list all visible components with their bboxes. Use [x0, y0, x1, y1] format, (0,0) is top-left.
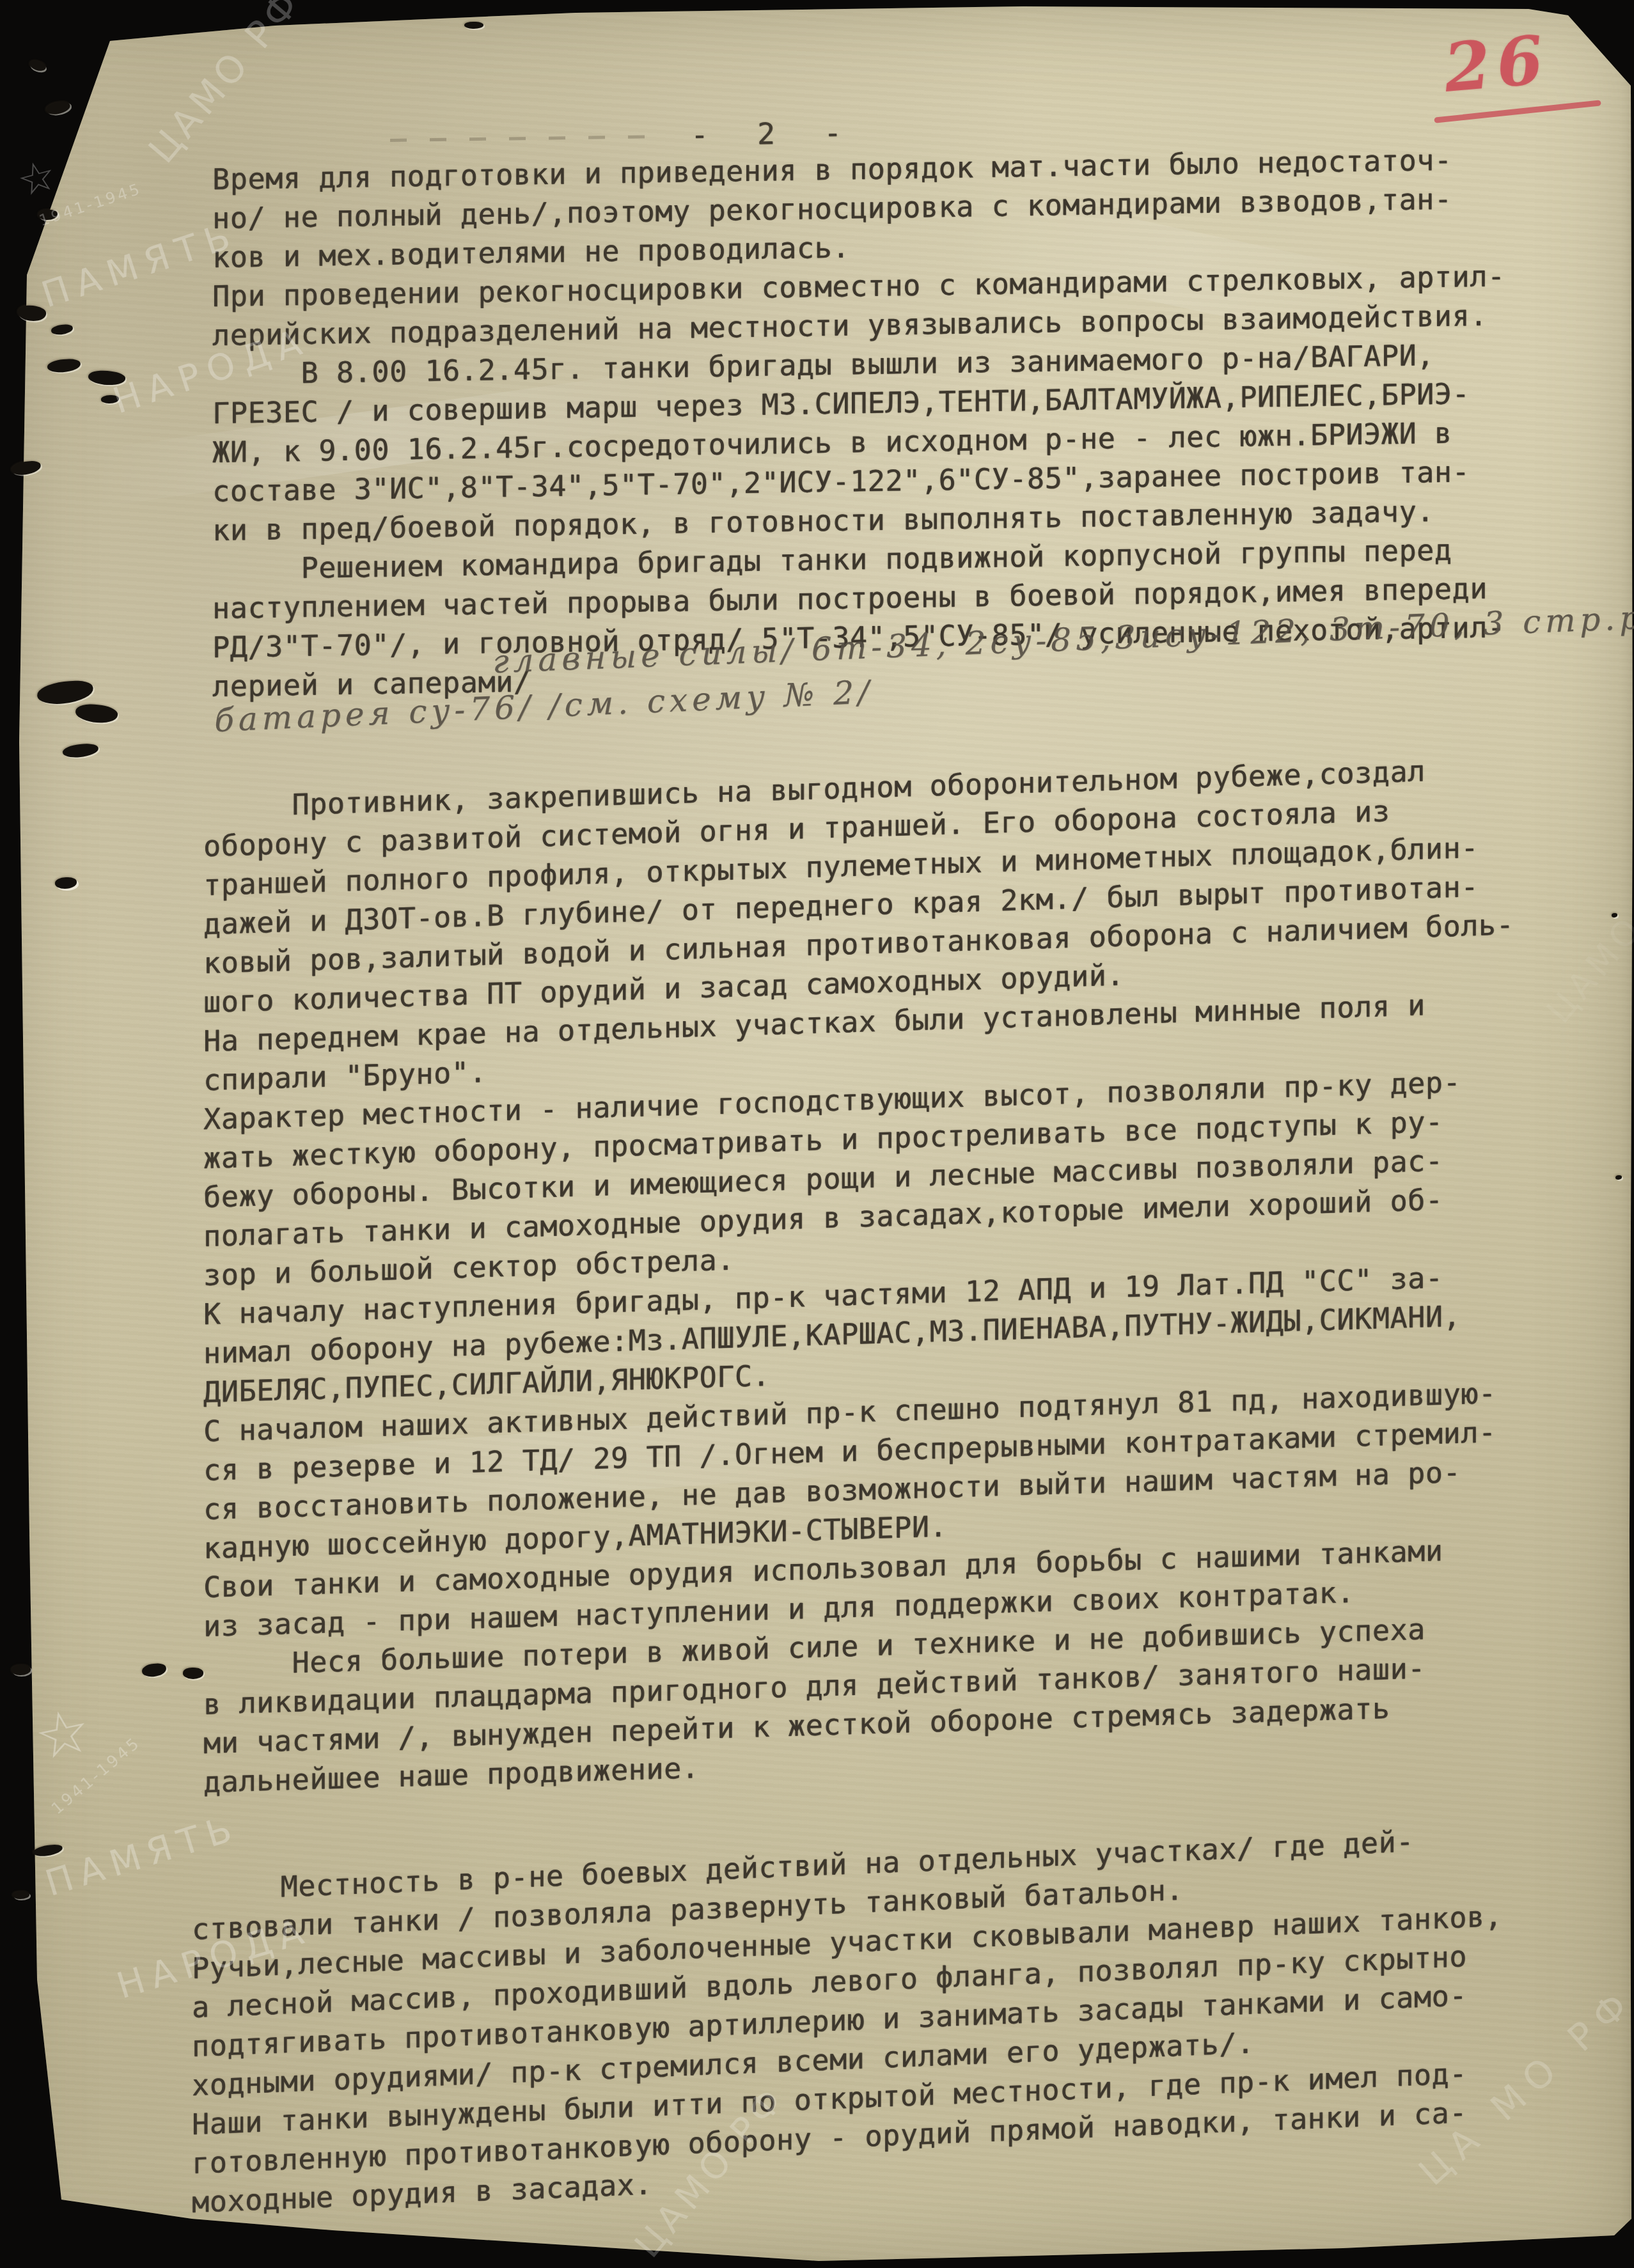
paper-hole [28, 59, 47, 73]
paragraph-block-enemy-defense: Противник, закрепившись на выгодном обор… [203, 749, 1514, 1802]
paper-hole [12, 1665, 31, 1675]
paragraph-block-terrain: Местность в р-не боевых действий на отде… [192, 1818, 1502, 2222]
paper-hole [45, 100, 72, 116]
scan-background: - 2 - 26 Время для подготовки и приведен… [0, 0, 1634, 2268]
page-number: - 2 - [691, 115, 846, 152]
archive-sheet-number: 26 [1441, 20, 1553, 107]
star-icon: ☆ [12, 150, 61, 207]
paper-hole [13, 1891, 29, 1899]
